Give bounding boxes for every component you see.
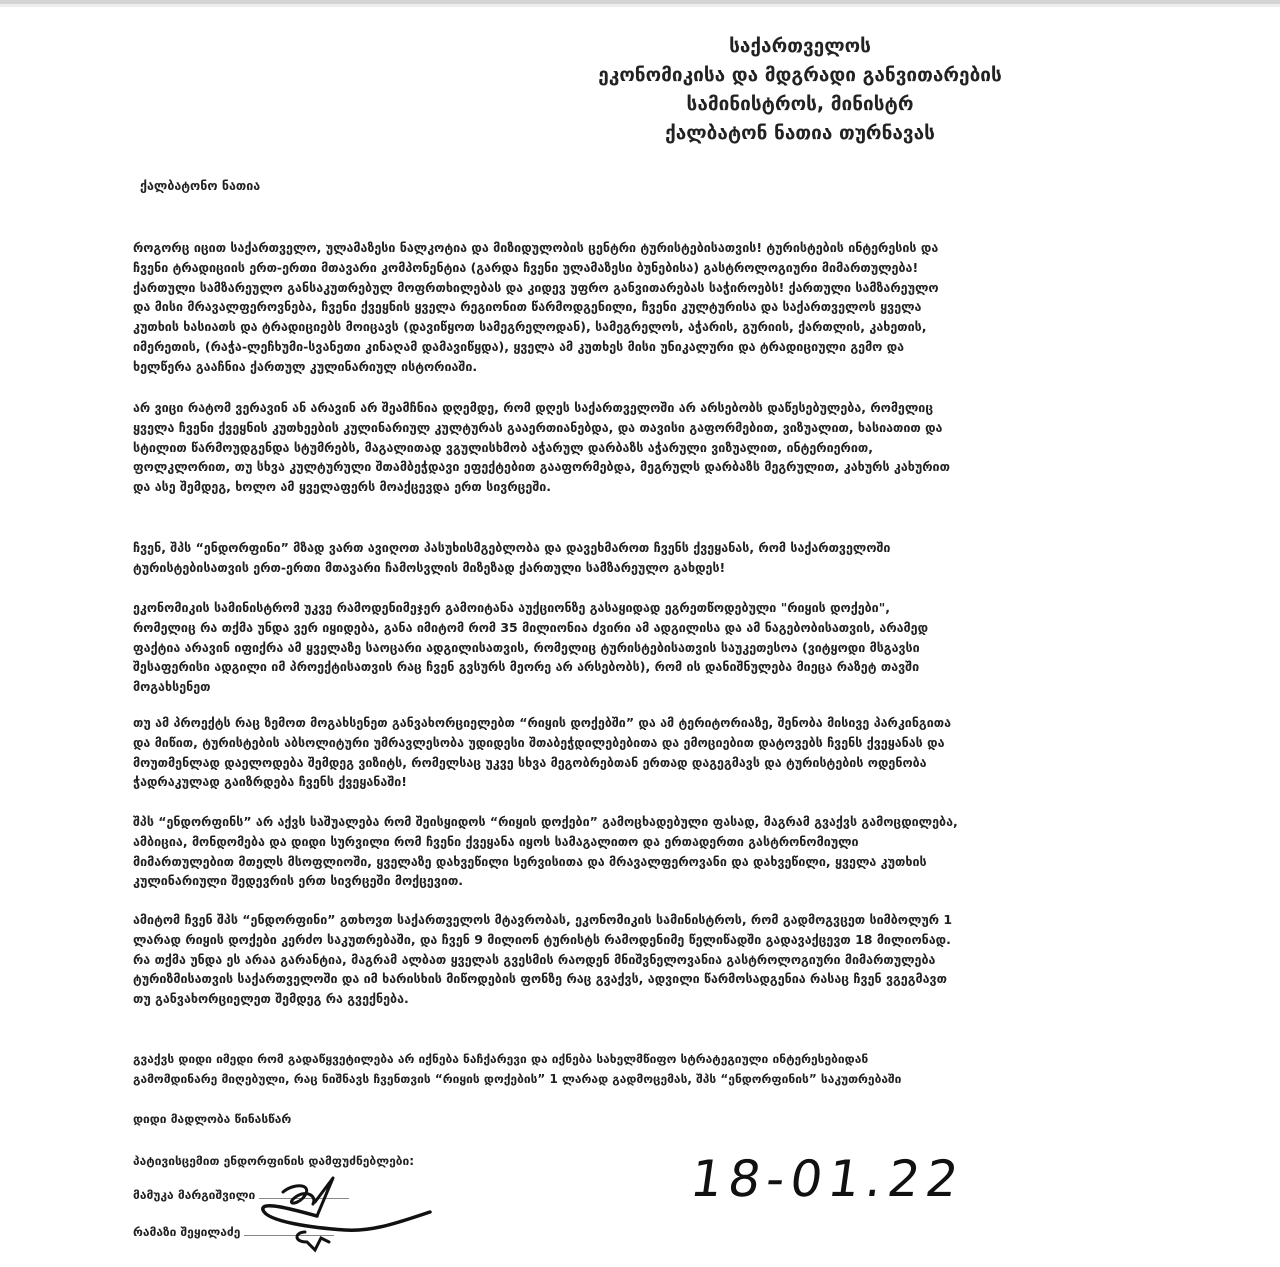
paragraph-endorphin-ready: ჩვენ, შპს “ენდორფინი” მზად ვართ ავიღოთ პ… [133, 538, 1163, 578]
addressee-block: საქართველოს ეკონომიკისა და მდგრადი განვი… [520, 32, 1080, 148]
paragraph-line: კუთხის ხასიათს და ტრადიციებს მოიცავს (და… [133, 317, 1163, 337]
paragraph-line: როგორც იცით საქართველო, ულამაზესი ნალკოტ… [133, 238, 1163, 258]
paragraph-line: და ასე შემდეგ, ხოლო ამ ყველაფერს მოაქცევ… [133, 477, 1163, 497]
paragraph-line: ტურისტებისათვის ერთ-ერთი მთავარი ჩამოსვლ… [133, 558, 1163, 578]
paragraph-auction: ეკონომიკის სამინისტრომ უკვე რამოდენიმეჯე… [133, 598, 1163, 697]
paragraph-line: მოუთმენლად დაელოდება შემდეგ ვიზიტს, რომე… [133, 753, 1163, 773]
paragraph-line: ყველა ჩვენი ქვეყნის კუთხეების კულინარიულ… [133, 418, 1163, 438]
handwritten-signature [255, 1170, 445, 1260]
regards-line: პატივისცემით ენდორფინის დამფუძნებლები: [133, 1154, 414, 1168]
paragraph-line: ტურიზმისათვის საქართველოში და იმ ხარისხი… [133, 969, 1163, 989]
paragraph-no-establishment: არ ვიცი რატომ ვერავინ ან არავინ არ შეამჩ… [133, 398, 1163, 497]
paragraph-line: ხელწერა გააჩნია ქართულ კულინარიულ ისტორი… [133, 357, 1163, 377]
paragraph-line: ამბიცია, მონდომება და დიდი სურვილი რომ ჩ… [133, 832, 1163, 852]
paragraph-line: და მიწით, ტურისტების აბსოლიტური უმრავლეს… [133, 733, 1163, 753]
addressee-line: საქართველოს [520, 32, 1080, 61]
paragraph-line: ამიტომ ჩვენ შპს “ენდორფინი” გთხოვთ საქარ… [133, 910, 1163, 930]
paragraph-line: სტილით წარმოუდგენდა სტუმრებს, მაგალითად … [133, 438, 1163, 458]
thanks-line: დიდი მადლობა წინასწარ [133, 1112, 291, 1126]
paragraph-line: მიმართულებით მთელს მსოფლიოში, ყველაზე და… [133, 852, 1163, 872]
paragraph-line: ფოლკლორით, თუ სხვა კულტურული შთამბეჭდავი… [133, 457, 1163, 477]
addressee-line: ქალბატონ ნათია თურნავას [520, 119, 1080, 148]
paragraph-line: გამომდინარე მიღებული, რაც ნიშნავს ჩვენთვ… [133, 1070, 1163, 1090]
paragraph-line: შპს “ენდორფინს” არ აქვს საშუალება რომ შე… [133, 812, 1163, 832]
paragraph-line: ლარად რიყის დოქები კერძო საკუთრებაში, და… [133, 930, 1163, 950]
paragraph-line: ფაქტია არავინ იფიქრა ამ ყველაზე საოცარი … [133, 638, 1163, 658]
top-border-shadow [0, 4, 1280, 7]
signer-name: რამაზი შეყილაძე [133, 1225, 240, 1239]
paragraph-project-impact: თუ ამ პროექტს რაც ზემოთ მოგახსენეთ განვა… [133, 713, 1163, 792]
paragraph-line: თუ ამ პროექტს რაც ზემოთ მოგახსენეთ განვა… [133, 713, 1163, 733]
paragraph-line: იმერეთის, (რაჭა-ლეჩხუმი-სვანეთი კინაღამ … [133, 337, 1163, 357]
paragraph-line: შესაფერისი ადგილი იმ პროექტისათვის რაც ჩ… [133, 657, 1163, 677]
paragraph-line: არ ვიცი რატომ ვერავინ ან არავინ არ შეამჩ… [133, 398, 1163, 418]
paragraph-line: გვაქვს დიდი იმედი რომ გადაწყვეტილება არ … [133, 1050, 1163, 1070]
paragraph-line: ჩვენ, შპს “ენდორფინი” მზად ვართ ავიღოთ პ… [133, 538, 1163, 558]
salutation: ქალბატონო ნათია [140, 178, 260, 193]
paragraph-hope: გვაქვს დიდი იმედი რომ გადაწყვეტილება არ … [133, 1050, 1163, 1090]
paragraph-line: კულინარიული შედევრის ერთ სივრცეში მოქცევ… [133, 871, 1163, 891]
paragraph-capability: შპს “ენდორფინს” არ აქვს საშუალება რომ შე… [133, 812, 1163, 891]
paragraph-line: ეკონომიკის სამინისტრომ უკვე რამოდენიმეჯე… [133, 598, 1163, 618]
paragraph-line: რა თქმა უნდა ეს არაა გარანტია, მაგრამ ალ… [133, 950, 1163, 970]
paragraph-line: ქართული სამზარეულო განსაკუთრებულ მოფრთხი… [133, 278, 1163, 298]
paragraph-intro: როგორც იცით საქართველო, ულამაზესი ნალკოტ… [133, 238, 1163, 377]
paragraph-request: ამიტომ ჩვენ შპს “ენდორფინი” გთხოვთ საქარ… [133, 910, 1163, 1009]
handwritten-date: 18-01.22 [685, 1150, 995, 1220]
paragraph-line: ჩვენი ტრადიციის ერთ-ერთი მთავარი კომპონე… [133, 258, 1163, 278]
paragraph-line: ჭადრაკულად გაიზრდება ჩვენს ქვეყანაში! [133, 772, 1163, 792]
addressee-line: ეკონომიკისა და მდგრადი განვითარების [520, 61, 1080, 90]
addressee-line: სამინისტროს, მინისტრ [520, 90, 1080, 119]
paragraph-line: თუ განვახორციელეთ შემდეგ რა გვექნება. [133, 989, 1163, 1009]
paragraph-line: რომელიც რა თქმა უნდა ვერ იყიდება, განა ი… [133, 618, 1163, 638]
signer-name: მამუკა მარგიშვილი [133, 1188, 255, 1202]
paragraph-line: და მისი მრავალფეროვნება, ჩვენი ქვეყნის ყ… [133, 297, 1163, 317]
paragraph-line: მოგახსენეთ [133, 677, 1163, 697]
